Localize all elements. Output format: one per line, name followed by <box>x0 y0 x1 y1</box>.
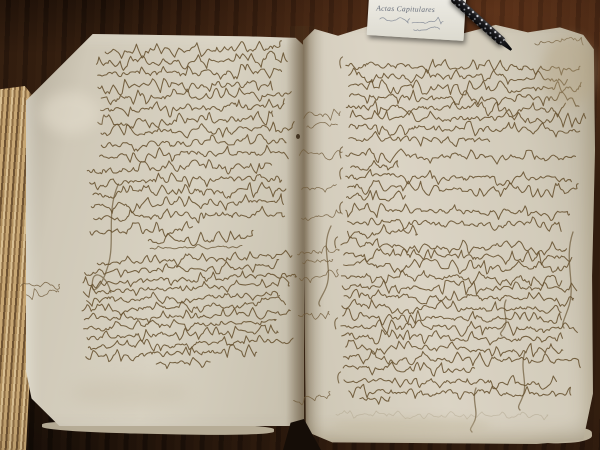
script-line <box>156 356 210 371</box>
handwriting-layer <box>0 0 600 450</box>
manuscript-photo: Actas Capitulares <box>0 0 600 450</box>
paragraph-mark <box>336 167 345 181</box>
script-line <box>26 286 60 303</box>
script-line <box>468 388 485 432</box>
script-line <box>299 146 343 163</box>
script-line <box>88 184 126 302</box>
script-line <box>498 300 515 336</box>
script-line <box>336 410 548 421</box>
text-block-Rm2 <box>299 146 342 149</box>
text-block-ghost <box>336 410 548 412</box>
script-line <box>380 15 410 25</box>
sticky-note-title: Actas Capitulares <box>376 5 435 14</box>
text-block-Rm4 <box>301 208 342 212</box>
script-line <box>360 392 390 407</box>
paper-stain <box>40 92 100 134</box>
script-line <box>301 208 343 225</box>
sticky-note: Actas Capitulares <box>367 0 467 41</box>
text-block-Rm3 <box>301 179 336 183</box>
script-line <box>293 391 331 408</box>
text-block-Rfolio <box>534 31 582 36</box>
text-block-R5 <box>341 237 588 241</box>
script-line <box>516 352 534 410</box>
script-line <box>301 179 337 196</box>
text-block-Rm7 <box>298 307 329 309</box>
paper-stain <box>296 134 300 139</box>
paragraph-mark <box>336 56 345 70</box>
text-block-R3 <box>346 168 584 172</box>
paragraph-mark <box>331 317 340 331</box>
paragraph-mark <box>334 371 343 385</box>
paper-stain <box>70 378 190 408</box>
text-block-note-mid <box>380 15 410 16</box>
text-block-R1 <box>346 57 587 60</box>
text-block-Lm1 <box>20 276 64 280</box>
script-line <box>298 307 330 323</box>
script-line <box>316 226 340 306</box>
text-block-Rm8 <box>293 391 330 394</box>
script-line <box>385 0 443 2</box>
text-block-R4 <box>346 202 584 206</box>
script-line <box>306 116 338 134</box>
script-line <box>560 232 582 328</box>
script-line <box>534 31 583 53</box>
script-line <box>413 24 440 35</box>
text-block-L1 <box>95 40 293 44</box>
text-block-note-low <box>412 16 446 19</box>
text-block-Rm1 <box>303 107 344 112</box>
